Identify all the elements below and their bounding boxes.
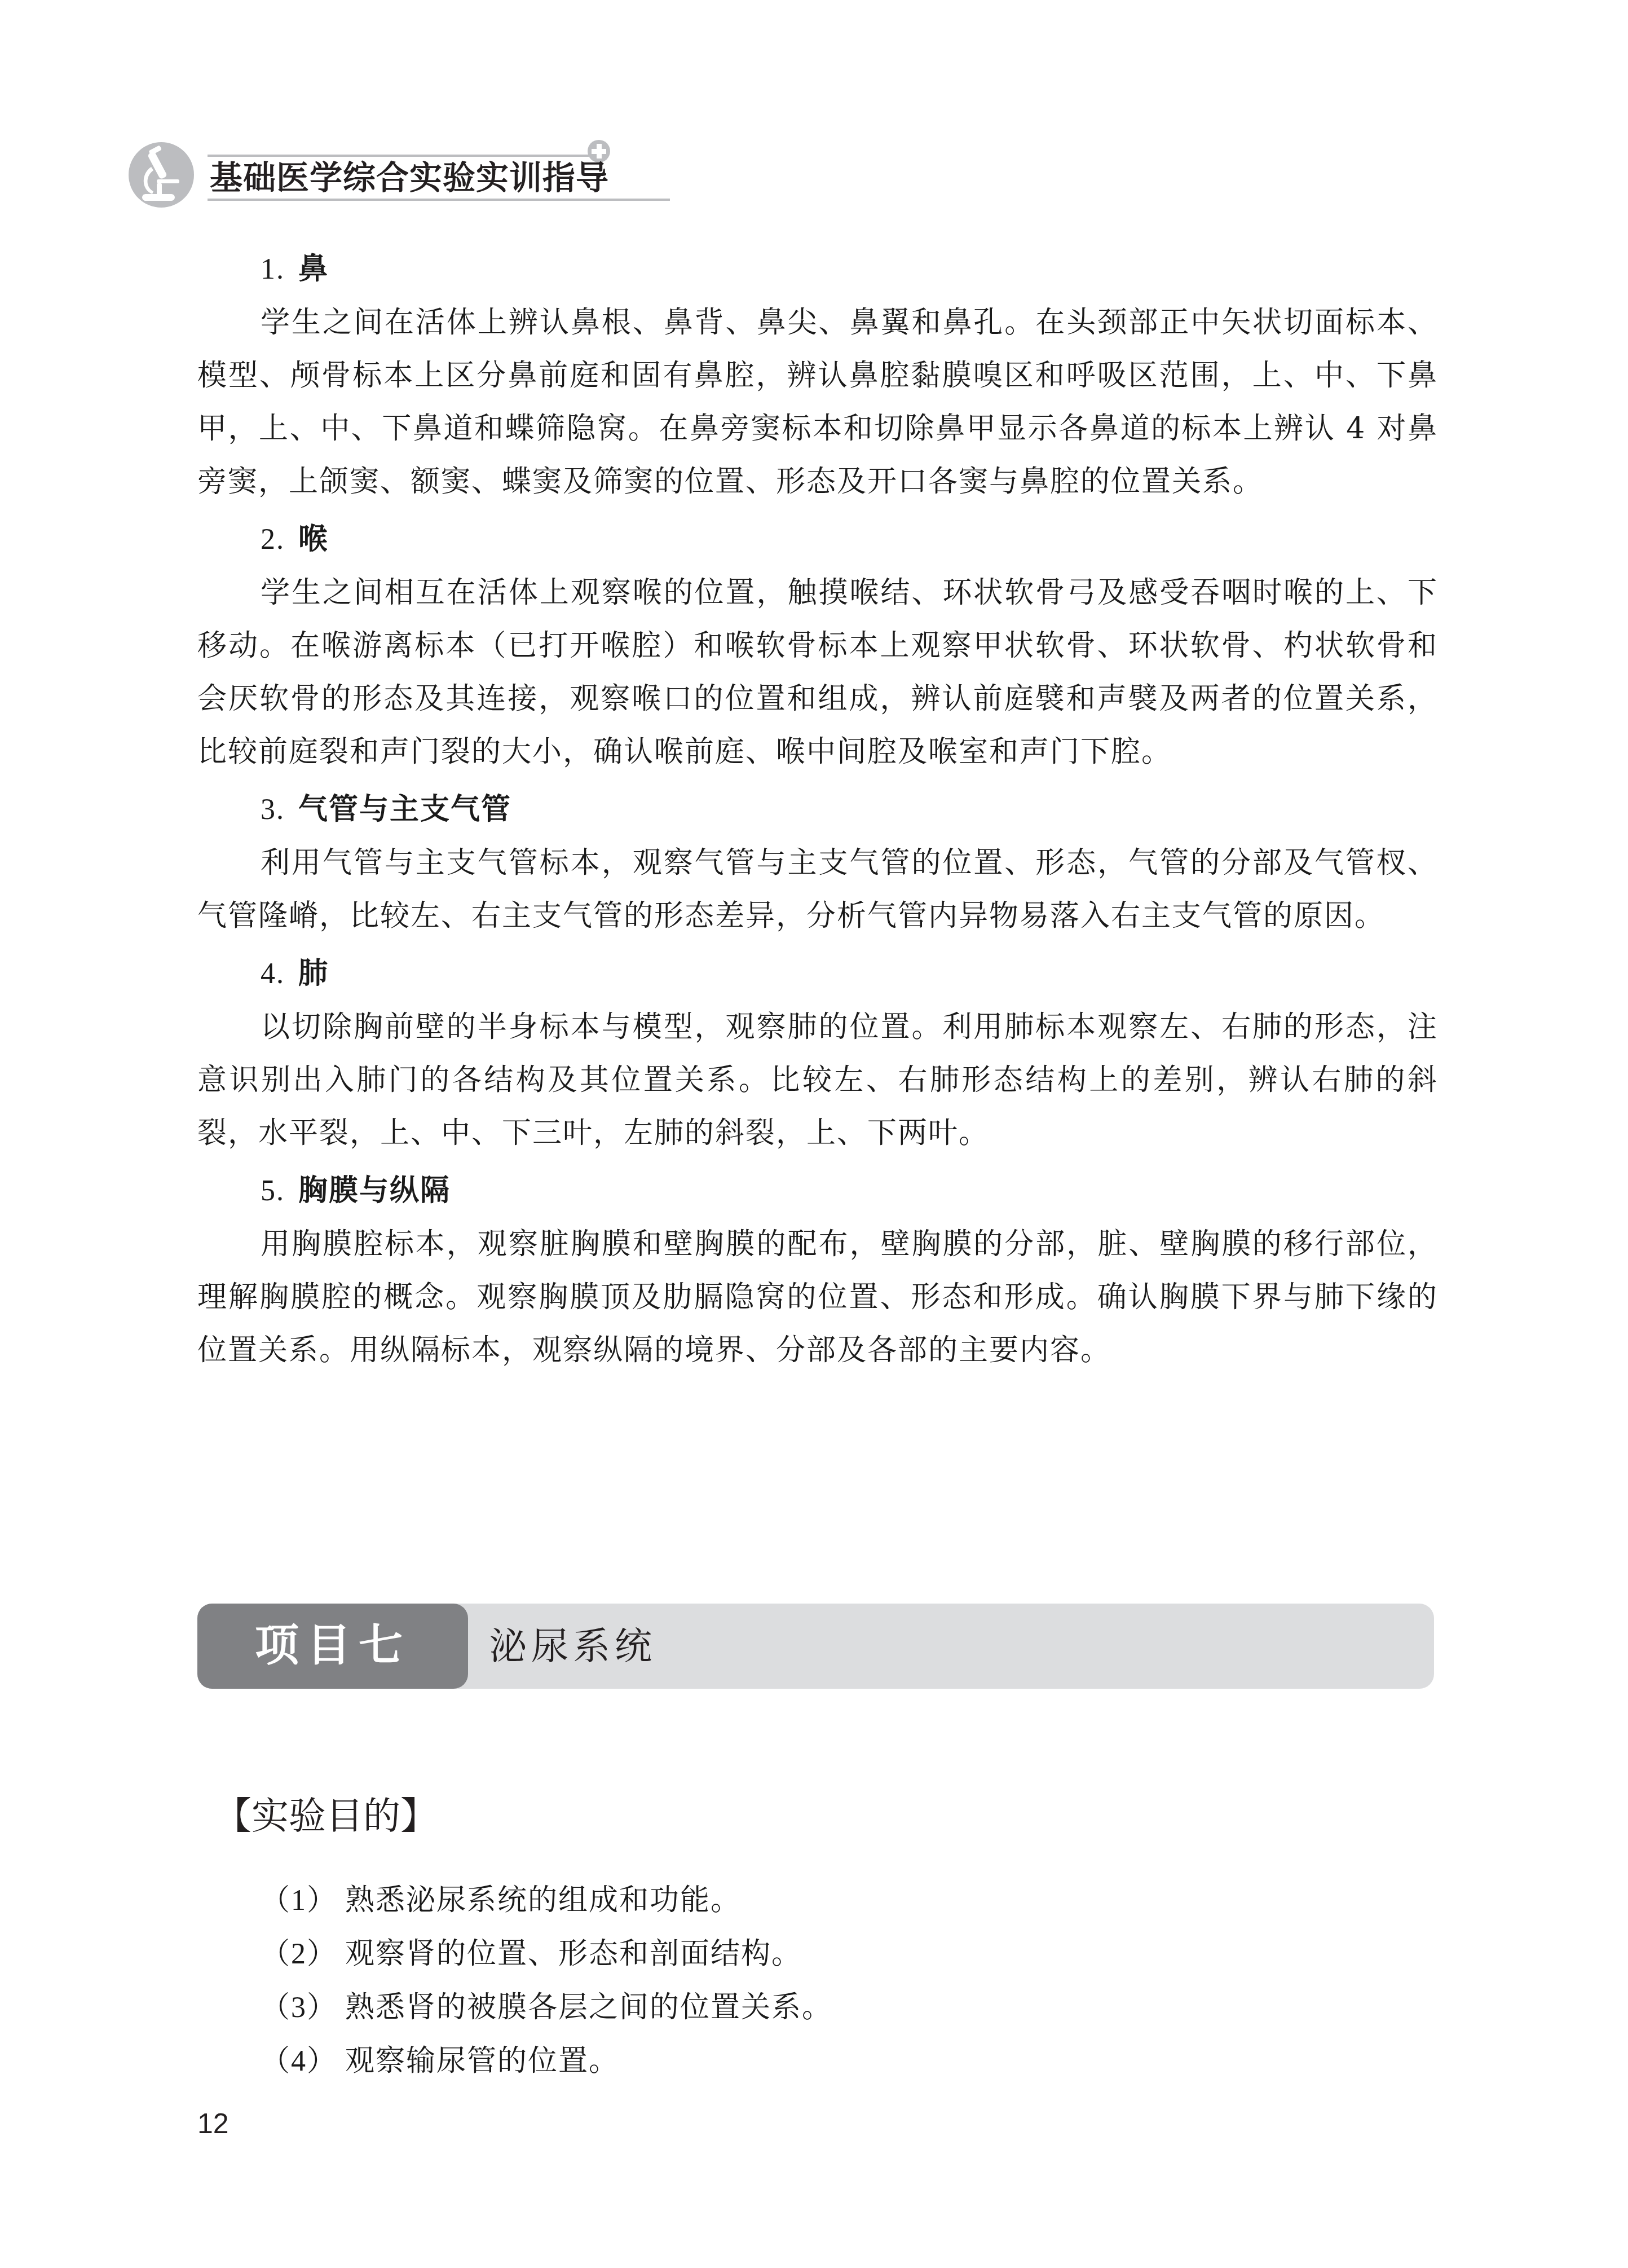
chapter-tag: 项目七 (197, 1604, 468, 1689)
list-index: （1） (261, 1884, 337, 1917)
section-lung: 4.肺 以切除胸前壁的半身标本与模型，观察肺的位置。利用肺标本观察左、右肺的形态… (197, 947, 1438, 1160)
section-title: 喉 (298, 522, 329, 556)
section-number: 4. (261, 958, 285, 990)
section-body: 学生之间在活体上辨认鼻根、鼻背、鼻尖、鼻翼和鼻孔。在头颈部正中矢状切面标本、模型… (197, 296, 1438, 508)
section-heading: 4.肺 (197, 947, 1438, 1001)
section-title: 鼻 (298, 252, 329, 286)
section-trachea: 3.气管与主支气管 利用气管与主支气管标本，观察气管与主支气管的位置、形态，气管… (197, 783, 1438, 943)
page-number: 12 (197, 2107, 229, 2141)
list-index: （2） (261, 1938, 337, 1970)
section-larynx: 2.喉 学生之间相互在活体上观察喉的位置，触摸喉结、环状软骨弓及感受吞咽时喉的上… (197, 513, 1438, 778)
section-pleura-mediastinum: 5.胸膜与纵隔 用胸膜腔标本，观察脏胸膜和壁胸膜的配布，壁胸膜的分部，脏、壁胸膜… (197, 1164, 1438, 1377)
section-body: 用胸膜腔标本，观察脏胸膜和壁胸膜的配布，壁胸膜的分部，脏、壁胸膜的移行部位，理解… (197, 1218, 1438, 1377)
header-rule-top (208, 155, 589, 157)
section-body: 利用气管与主支气管标本，观察气管与主支气管的位置、形态，气管的分部及气管杈、气管… (197, 836, 1438, 943)
section-number: 1. (261, 253, 285, 285)
objectives-heading: 【实验目的】 (214, 1788, 438, 1844)
list-text: 观察肾的位置、形态和剖面结构。 (345, 1937, 802, 1971)
section-heading: 1.鼻 (197, 243, 1438, 296)
book-title: 基础医学综合实验实训指导 (210, 158, 609, 197)
chapter-title: 泌尿系统 (489, 1604, 656, 1689)
running-header: 基础医学综合实验实训指导 (129, 135, 692, 214)
list-item: （1）熟悉泌尿系统的组成和功能。 (261, 1874, 832, 1927)
list-index: （4） (261, 2045, 337, 2077)
section-heading: 3.气管与主支气管 (197, 783, 1438, 836)
section-heading: 2.喉 (197, 513, 1438, 566)
section-number: 3. (261, 794, 285, 826)
chapter-tag-label: 项目七 (197, 1604, 468, 1689)
section-title: 胸膜与纵隔 (298, 1174, 451, 1208)
microscope-icon (129, 142, 194, 208)
list-item: （3）熟悉肾的被膜各层之间的位置关系。 (261, 1981, 832, 2034)
header-rule-bottom (208, 199, 670, 201)
list-index: （3） (261, 1992, 337, 2024)
list-item: （4）观察输尿管的位置。 (261, 2034, 832, 2088)
section-number: 2. (261, 523, 285, 556)
section-body: 学生之间相互在活体上观察喉的位置，触摸喉结、环状软骨弓及感受吞咽时喉的上、下移动… (197, 566, 1438, 778)
section-body: 以切除胸前壁的半身标本与模型，观察肺的位置。利用肺标本观察左、右肺的形态，注意识… (197, 1001, 1438, 1160)
chapter-banner: 项目七 泌尿系统 (197, 1604, 1434, 1689)
section-heading: 5.胸膜与纵隔 (197, 1164, 1438, 1218)
objectives-list: （1）熟悉泌尿系统的组成和功能。 （2）观察肾的位置、形态和剖面结构。 （3）熟… (261, 1874, 832, 2088)
list-text: 观察输尿管的位置。 (345, 2044, 619, 2078)
section-title: 气管与主支气管 (298, 792, 511, 826)
section-title: 肺 (298, 957, 329, 990)
section-number: 5. (261, 1175, 285, 1207)
section-nose: 1.鼻 学生之间在活体上辨认鼻根、鼻背、鼻尖、鼻翼和鼻孔。在头颈部正中矢状切面标… (197, 243, 1438, 508)
list-text: 熟悉泌尿系统的组成和功能。 (345, 1883, 741, 1917)
main-content: 1.鼻 学生之间在活体上辨认鼻根、鼻背、鼻尖、鼻翼和鼻孔。在头颈部正中矢状切面标… (197, 243, 1438, 1381)
list-item: （2）观察肾的位置、形态和剖面结构。 (261, 1927, 832, 1981)
list-text: 熟悉肾的被膜各层之间的位置关系。 (345, 1990, 832, 2024)
